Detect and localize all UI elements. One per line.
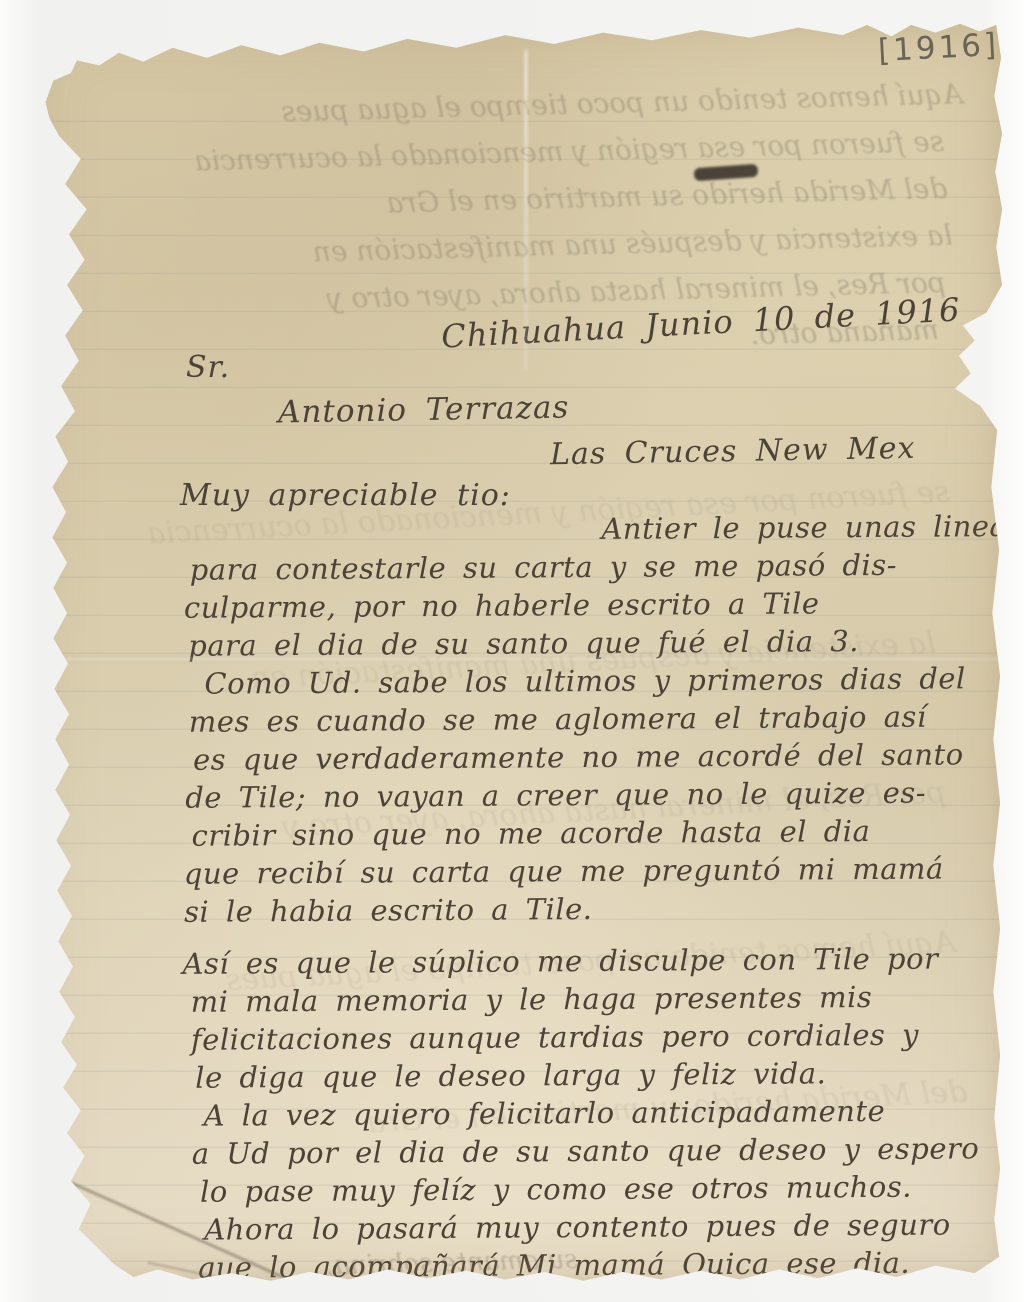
body-line: para contestarle su carta y se me pasó d… [170, 547, 1000, 591]
body-line: mes es cuando se me aglomera el trabajo … [171, 699, 1001, 743]
body-line: le diga que le deseo larga y feliz vida. [173, 1055, 1003, 1099]
body-line: Ahora lo pasará muy contento pues de seg… [174, 1207, 1004, 1251]
body-line: mi mala memoria y le haga presentes mis [173, 979, 1003, 1023]
vertical-fold-crease [524, 50, 528, 370]
body-line: de Tile; no vayan a creer que no le quiz… [171, 775, 1001, 819]
letter-page: Aquí hemos tenido un poco tiempo el agua… [26, 20, 1004, 1282]
letter-salutation: Muy apreciable tio: [180, 478, 511, 513]
body-line: a Ud por el dia de su santo que deseo y … [174, 1131, 1004, 1175]
body-line: cribir sino que no me acorde hasta el di… [171, 813, 1001, 857]
body-line: Antier le puse unas lineas [169, 509, 999, 553]
body-line: felicitaciones aunque tardias pero cordi… [173, 1017, 1003, 1061]
body-line: lo pase muy felíz y como ese otros mucho… [174, 1169, 1004, 1213]
body-line: culparme, por no haberle escrito a Tile [170, 585, 1000, 629]
recipient-place: Las Cruces New Mex [550, 431, 916, 472]
body-line: A la vez quiero felicitarlo anticipadame… [173, 1093, 1003, 1137]
horizontal-fold-crease [26, 656, 1004, 662]
body-line: Así es que le súplico me disculpe con Ti… [172, 941, 1002, 985]
body-line: Como Ud. sabe los ultimos y primeros dia… [170, 661, 1000, 705]
body-line: si le habia escrito a Tile. [172, 889, 1002, 933]
body-line: que recibí su carta que me preguntó mi m… [172, 851, 1002, 895]
recipient-name: Antonio Terrazas [278, 389, 570, 430]
letter-body: Antier le puse unas lineas para contesta… [169, 509, 1004, 1289]
body-line: es que verdaderamente no me acordé del s… [171, 737, 1001, 781]
recipient-prefix: Sr. [186, 350, 230, 385]
